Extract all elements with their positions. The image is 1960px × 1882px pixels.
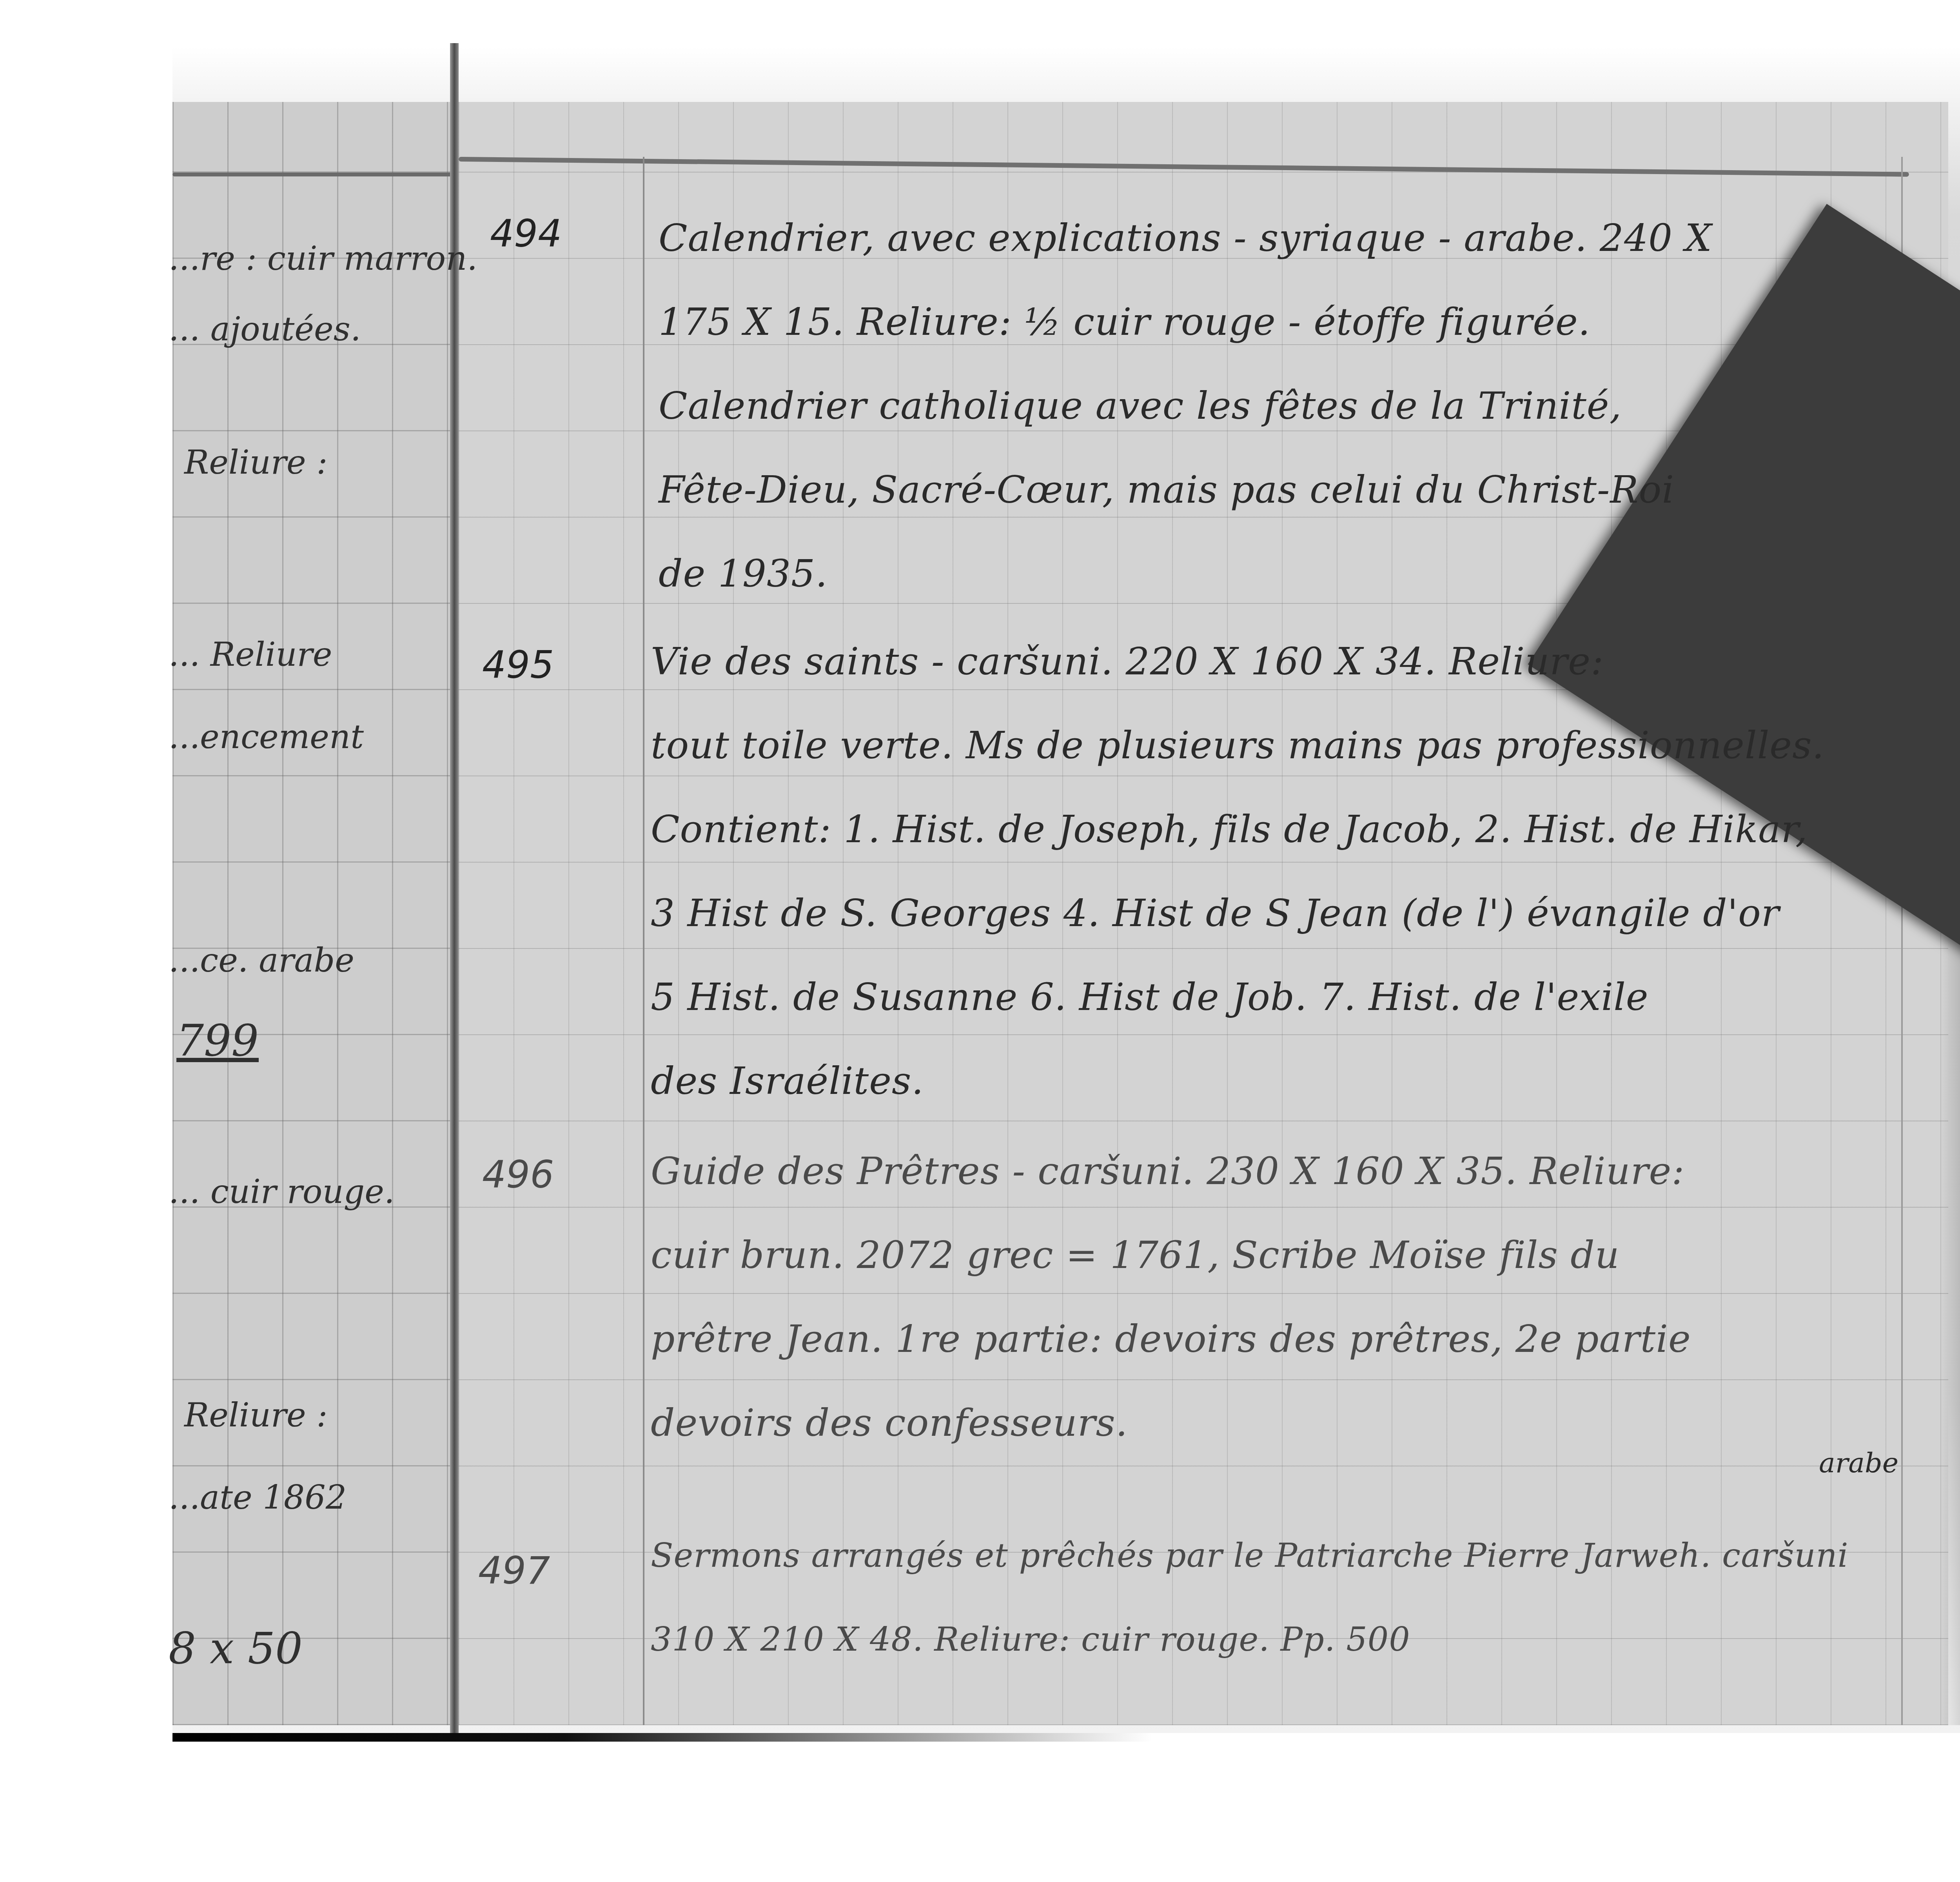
entry-line: Calendrier, avec explications - syriaque… [659,196,1712,280]
entry-line: Sermons arrangés et prêchés par le Patri… [651,1513,1849,1597]
entry-number: 495 [482,643,554,687]
entry-line: Fête-Dieu, Sacré-Cœur, mais pas celui du… [659,448,1712,532]
entry-line: Guide des Prêtres - caršuni. 230 X 160 X… [651,1129,1691,1213]
left-fragment: ...encement [169,718,364,756]
entry-line: 5 Hist. de Susanne 6. Hist de Job. 7. Hi… [651,955,1824,1039]
left-fragment: 799 [176,1015,259,1066]
number-column-rule [643,157,644,1725]
entry-497-text: Sermons arrangés et prêchés par le Patri… [651,1513,1849,1681]
left-fragment: 8 x 50 [169,1623,303,1673]
entry-496-text: Guide des Prêtres - caršuni. 230 X 160 X… [651,1129,1691,1465]
superscript-annotation: arabe [1819,1447,1898,1479]
entry-line: 310 X 210 X 48. Reliure: cuir rouge. Pp.… [651,1597,1849,1681]
entry-495-text: Vie des saints - caršuni. 220 X 160 X 34… [651,619,1824,1123]
entry-line: prêtre Jean. 1re partie: devoirs des prê… [651,1297,1691,1381]
left-fragment: ...re : cuir marron. [169,239,477,278]
entry-number: 494 [490,212,562,256]
entry-line: tout toile verte. Ms de plusieurs mains … [651,703,1824,787]
left-fragment: ...ce. arabe [169,941,354,979]
left-fragment: ... cuir rouge. [169,1172,395,1211]
left-fragment: ... ajoutées. [169,310,361,348]
entry-number: 497 [478,1549,550,1593]
left-fragment: ... Reliure [169,635,332,674]
entry-line: 3 Hist de S. Georges 4. Hist de S Jean (… [651,871,1824,955]
entry-line: Calendrier catholique avec les fêtes de … [659,364,1712,448]
entry-494-text: Calendrier, avec explications - syriaque… [659,196,1712,616]
left-fragment: Reliure : [184,443,328,481]
entry-line: devoirs des confesseurs. [651,1381,1691,1465]
entry-line: Contient: 1. Hist. de Joseph, fils de Ja… [651,787,1824,871]
entry-line: des Israélites. [651,1039,1824,1123]
entry-line: de 1935. [659,532,1712,616]
entry-line: 175 X 15. Reliure: ½ cuir rouge - étoffe… [659,280,1712,364]
page-bottom-edge [172,1733,1152,1742]
entry-line: Vie des saints - caršuni. 220 X 160 X 34… [651,619,1824,703]
entry-line: cuir brun. 2072 grec = 1761, Scribe Moïs… [651,1213,1691,1297]
left-fragment: Reliure : [184,1396,328,1434]
entry-number: 496 [482,1153,554,1197]
left-fragment: ...ate 1862 [169,1478,347,1517]
left-page-header-rule [172,173,455,176]
notebook-spine [450,43,459,1733]
